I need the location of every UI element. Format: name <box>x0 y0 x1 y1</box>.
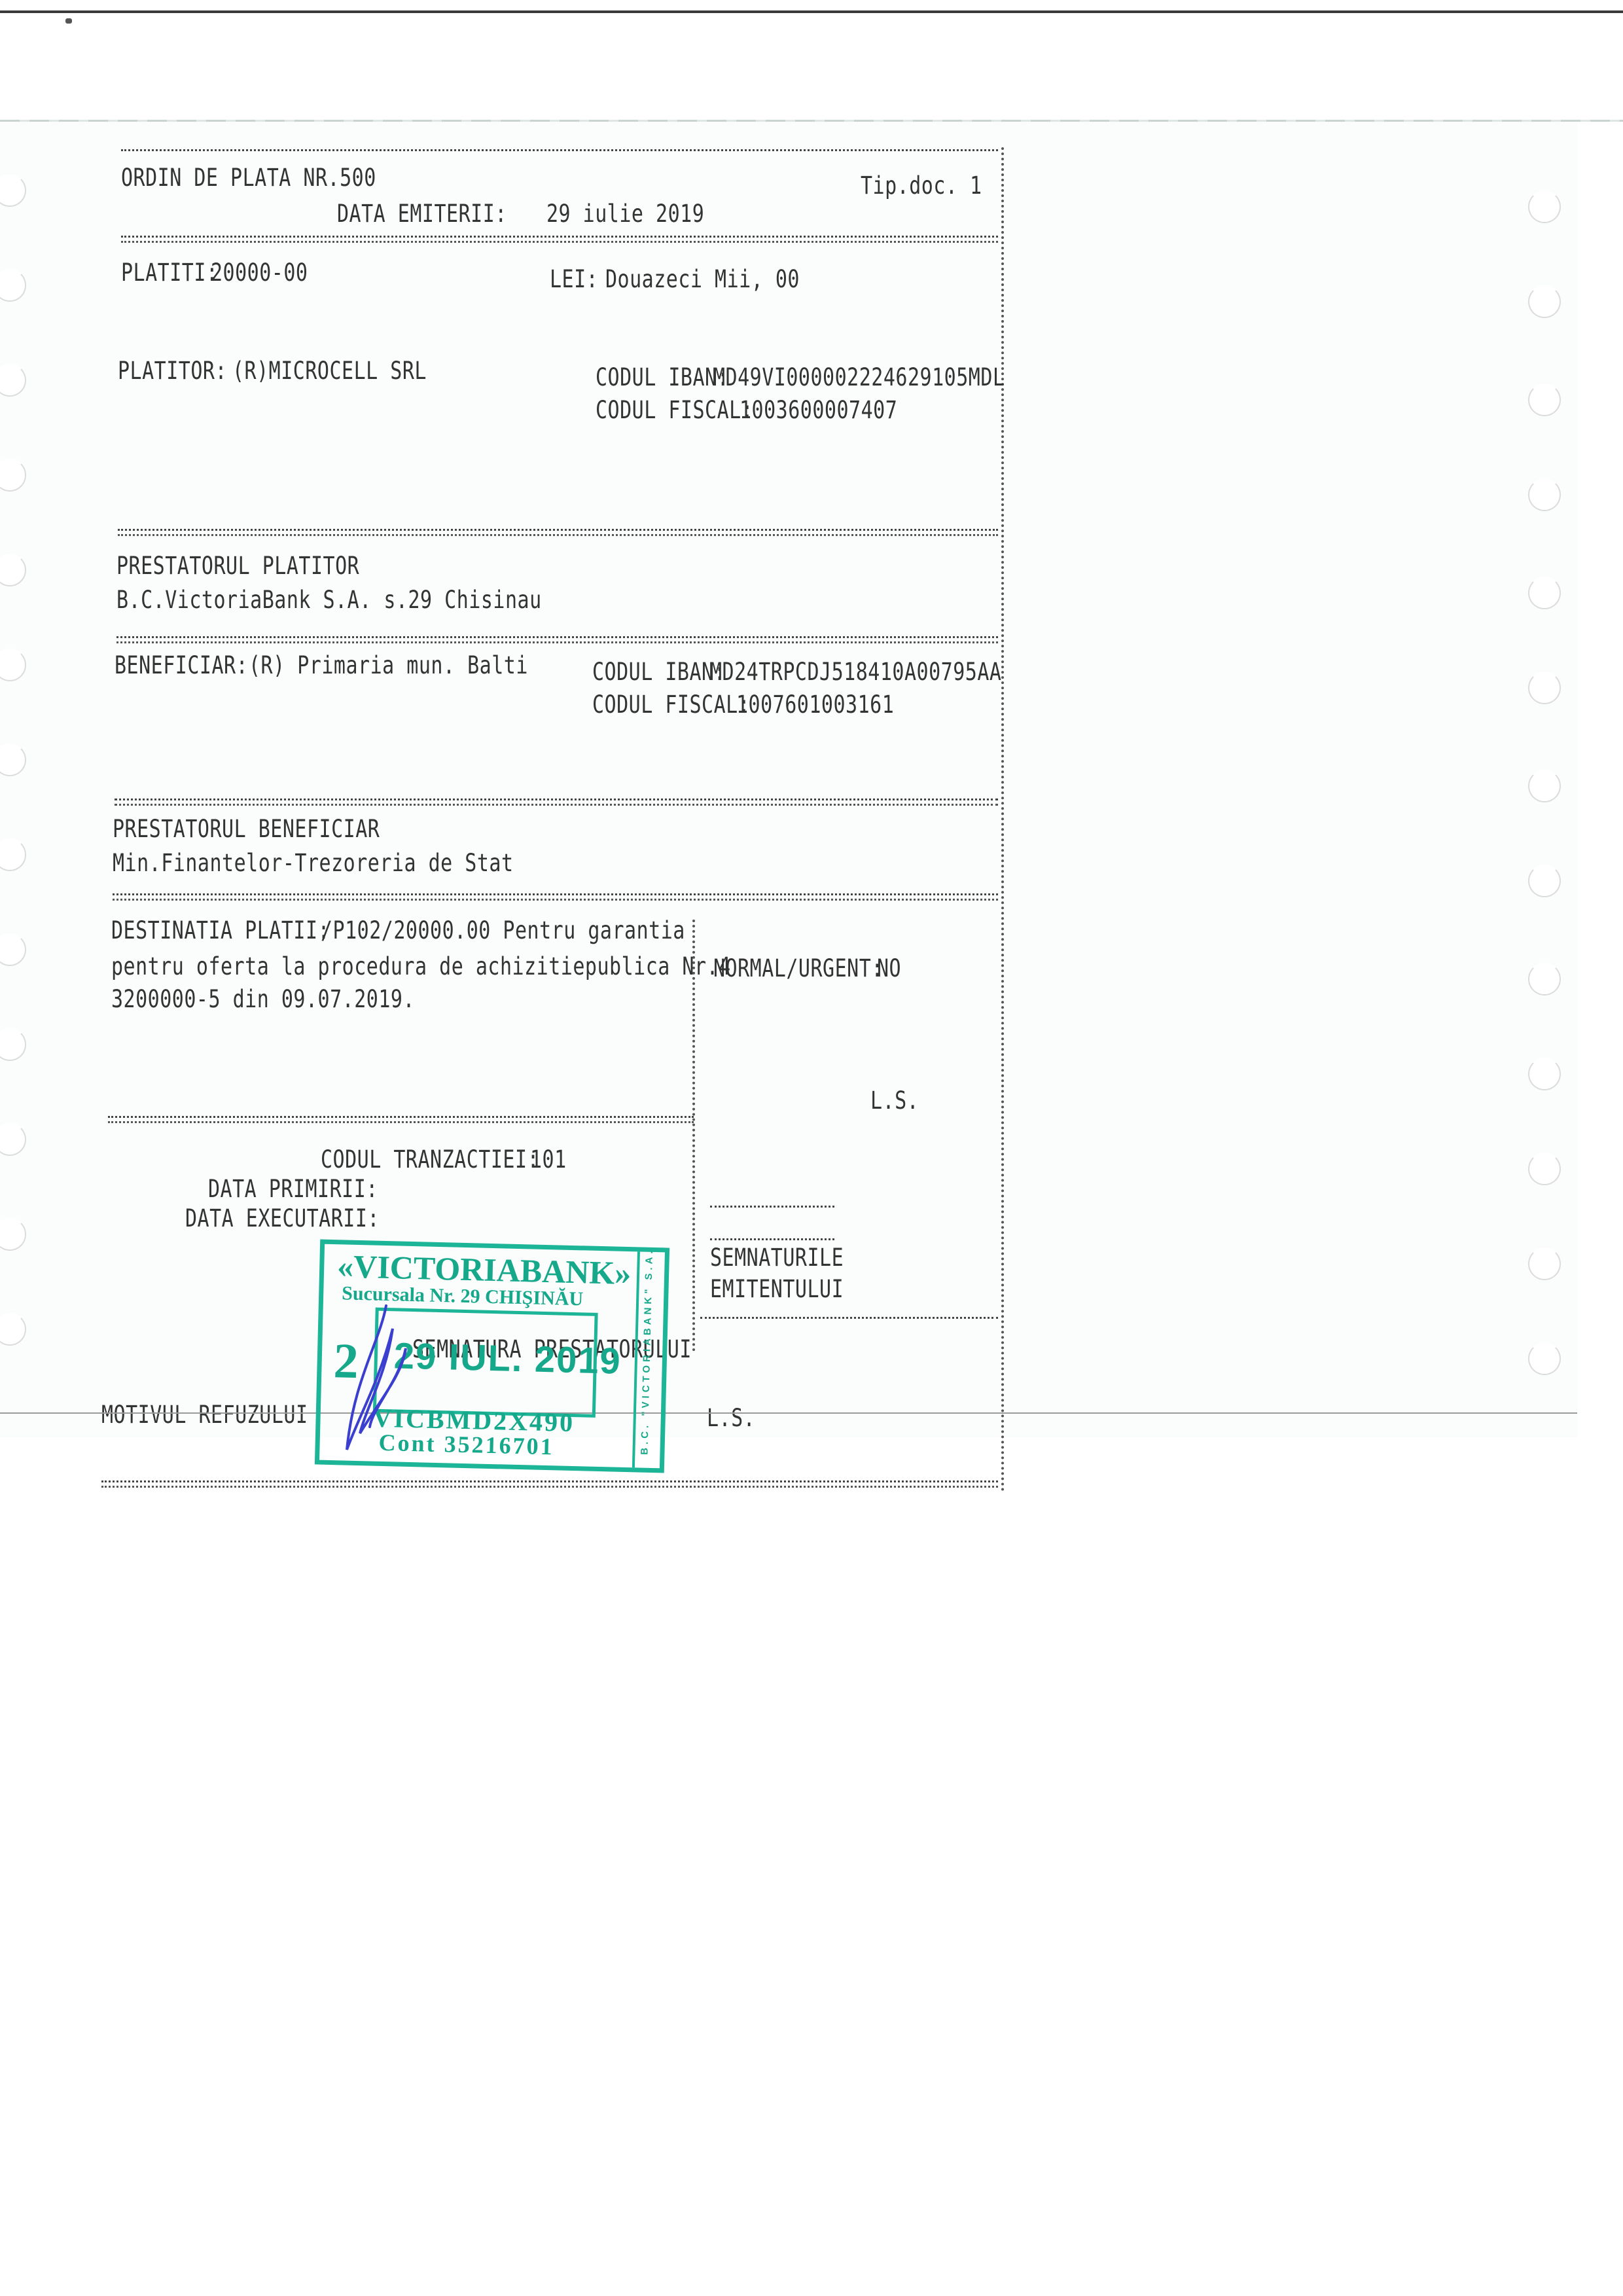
document-type: Tip.doc. 1 <box>861 171 982 200</box>
purpose-label: DESTINATIA PLATII: <box>111 916 330 945</box>
scan-speck <box>65 18 72 24</box>
executed-date-label: DATA EXECUTARII: <box>185 1204 380 1233</box>
transaction-code: 101 <box>530 1145 567 1174</box>
perforation-hole <box>1528 384 1561 416</box>
purpose-line-2: pentru oferta la procedura de achizitiep… <box>111 952 731 981</box>
issuer-signatures-line-2: EMITENTULUI <box>710 1275 844 1304</box>
perforation-hole <box>0 364 26 397</box>
transaction-code-label: CODUL TRANZACTIEI: <box>321 1145 539 1174</box>
purpose-line-3: 3200000-5 din 09.07.2019. <box>111 985 415 1014</box>
beneficiary-iban-label: CODUL IBAN: <box>592 658 726 687</box>
right-border-dotted <box>1001 147 1008 1492</box>
perforation-hole <box>0 174 26 207</box>
perforation-hole <box>1528 577 1561 609</box>
stamp-side-text: B.C. "VICTORIABANK" S.A. <box>639 1247 655 1455</box>
divider <box>116 636 998 643</box>
stamp-side-band: B.C. "VICTORIABANK" S.A. <box>632 1251 666 1468</box>
perforation-hole <box>0 269 26 302</box>
divider <box>101 1480 998 1488</box>
issue-date-label: DATA EMITERII: <box>337 200 507 228</box>
document-title: ORDIN DE PLATA NR.500 <box>121 164 376 192</box>
perforation-hole <box>1528 1058 1561 1090</box>
divider <box>108 1116 694 1123</box>
divider <box>700 1317 998 1319</box>
beneficiary-label: BENEFICIAR: <box>115 651 248 680</box>
payer-bank-label: PRESTATORUL PLATITOR <box>116 552 359 581</box>
beneficiary-iban: MD24TRPCDJ518410A00795AA <box>710 658 1001 687</box>
amount-label: PLATITI: <box>121 259 219 287</box>
perforation-hole <box>1528 190 1561 223</box>
beneficiary-name: (R) Primaria mun. Balti <box>249 651 528 680</box>
priority-value: NO <box>877 954 901 983</box>
payer-iban: MD49VI000002224629105MDL <box>713 363 1005 392</box>
scan-edge <box>0 10 1623 13</box>
perforation-hole <box>0 744 26 776</box>
perforation-hole <box>1528 865 1561 897</box>
perforation-hole <box>0 459 26 492</box>
perforation-hole <box>1528 672 1561 704</box>
divider <box>115 798 998 806</box>
perforation-hole <box>1528 285 1561 318</box>
purpose-line-1: /P102/20000.00 Pentru garantia <box>321 916 685 945</box>
payer-iban-label: CODUL IBAN: <box>596 363 729 392</box>
payer-fiscal-label: CODUL FISCAL: <box>596 396 753 425</box>
divider <box>113 893 998 901</box>
amount-words-label: LEI: <box>550 265 598 294</box>
signature-line <box>710 1238 834 1240</box>
seal-mark-top: L.S. <box>870 1086 919 1115</box>
signature-line <box>710 1206 834 1208</box>
perforation-hole <box>0 554 26 586</box>
perforation-hole <box>0 1123 26 1156</box>
issue-date: 29 iulie 2019 <box>546 200 704 228</box>
column-separator <box>692 920 699 1352</box>
seal-mark-bottom: L.S. <box>707 1404 755 1433</box>
scan-fold-line <box>0 1412 1577 1414</box>
perforation-hole <box>0 933 26 966</box>
perforation-hole <box>1528 1247 1561 1280</box>
refusal-reason-label: MOTIVUL REFUZULUI <box>101 1401 308 1429</box>
divider <box>121 149 998 151</box>
beneficiary-fiscal-code: 1007601003161 <box>736 691 894 719</box>
perforation-hole <box>0 1218 26 1251</box>
amount-words: Douazeci Mii, 00 <box>605 265 800 294</box>
beneficiary-fiscal-label: CODUL FISCAL: <box>592 691 750 719</box>
perforation-hole <box>0 649 26 681</box>
perforation-hole <box>1528 770 1561 802</box>
received-date-label: DATA PRIMIRII: <box>208 1175 378 1204</box>
payer-name: (R)MICROCELL SRL <box>232 357 427 386</box>
payer-label: PLATITOR: <box>118 357 227 386</box>
priority-label: NORMAL/URGENT: <box>713 954 883 983</box>
perforation-hole <box>1528 1342 1561 1375</box>
stamp-date: 29 IUL. 2019 <box>393 1334 622 1382</box>
beneficiary-bank-label: PRESTATORUL BENEFICIAR <box>113 815 380 844</box>
perforation-hole <box>1528 478 1561 511</box>
issuer-signatures-line-1: SEMNATURILE <box>710 1244 844 1272</box>
beneficiary-bank-name: Min.Finantelor-Trezoreria de Stat <box>113 849 514 878</box>
perforation-hole <box>0 1028 26 1061</box>
payer-bank-name: B.C.VictoriaBank S.A. s.29 Chisinau <box>116 586 542 615</box>
perforation-hole <box>1528 1153 1561 1185</box>
perforation-hole <box>0 1313 26 1346</box>
perforation-hole <box>1528 963 1561 996</box>
perforation-hole <box>0 838 26 871</box>
divider <box>121 236 998 243</box>
payer-fiscal-code: 1003600007407 <box>740 396 897 425</box>
amount-value: 20000-00 <box>211 259 308 287</box>
handwritten-signature <box>340 1302 419 1453</box>
divider <box>118 529 998 536</box>
